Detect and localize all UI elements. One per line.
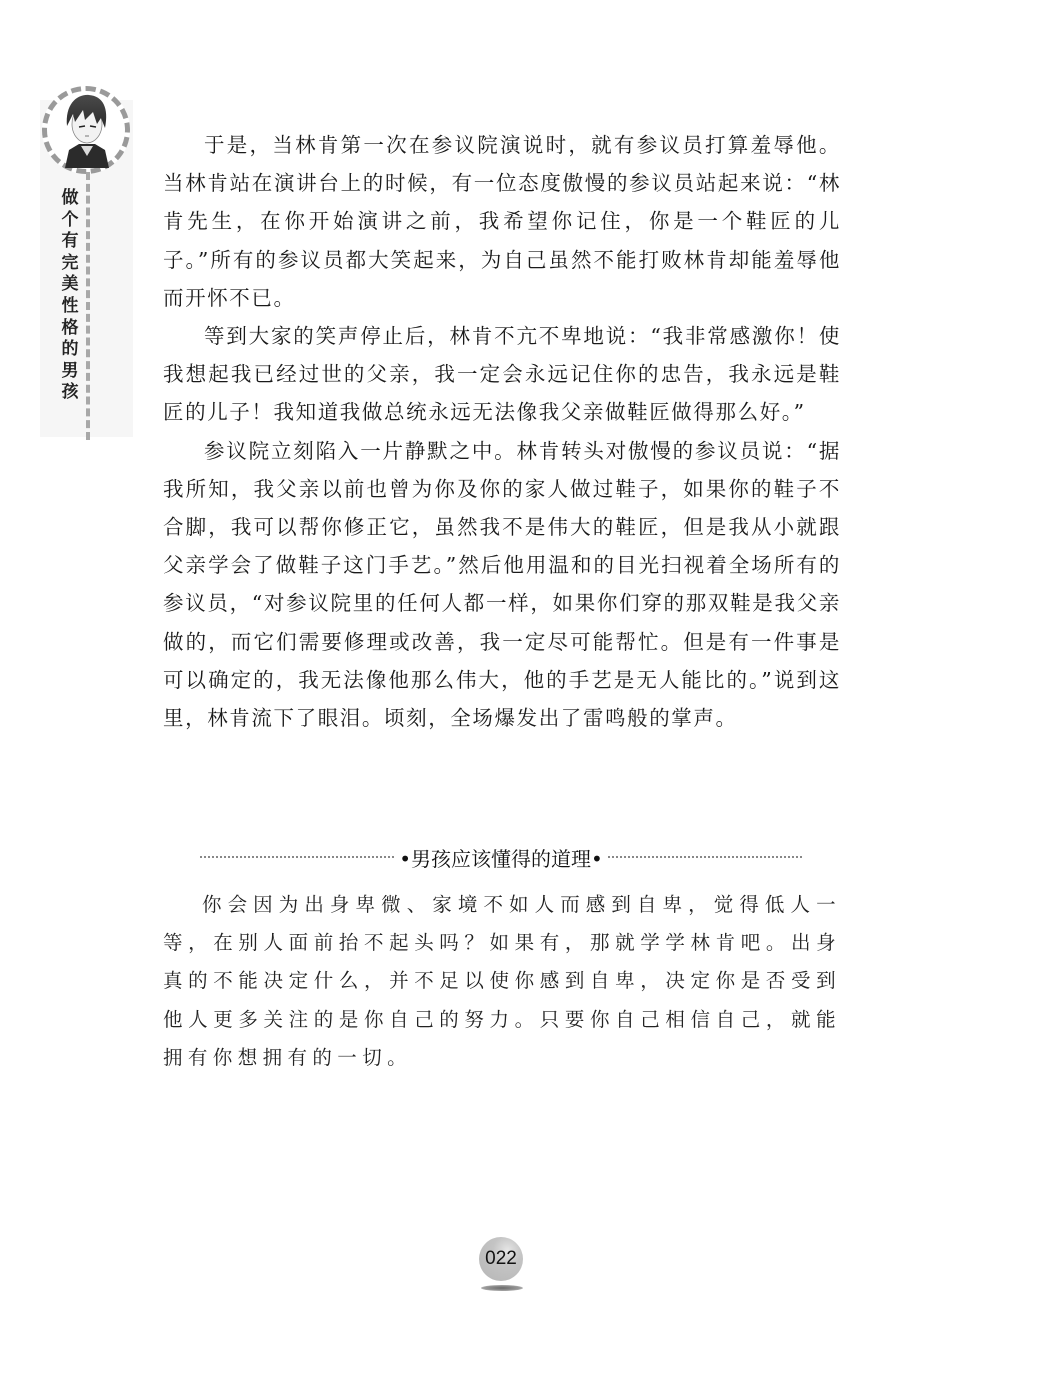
story-paragraph: 于是，当林肯第一次在参议院演说时，就有参议员打算羞辱他。当林肯站在演讲台上的时候…: [163, 126, 841, 317]
book-title-char: 的: [55, 339, 85, 361]
book-title-char: 有: [55, 231, 85, 253]
moral-body: 你会因为出身卑微、家境不如人而感到自卑，觉得低人一等，在别人面前抬不起头吗？如果…: [163, 886, 841, 1077]
book-title-char: 美: [55, 274, 85, 296]
book-title-char: 格: [55, 318, 85, 340]
story-paragraph: 等到大家的笑声停止后，林肯不亢不卑地说：“我非常感激你！使我想起我已经过世的父亲…: [163, 317, 841, 432]
dotted-rule-left: [200, 856, 394, 858]
dotted-rule-right: [608, 856, 802, 858]
page-number-shadow: [481, 1285, 523, 1291]
book-title-char: 性: [55, 296, 85, 318]
book-title-char: 完: [55, 253, 85, 275]
page-number-badge: 022: [479, 1237, 523, 1281]
story-body: 于是，当林肯第一次在参议院演说时，就有参议员打算羞辱他。当林肯站在演讲台上的时候…: [163, 126, 841, 737]
section-heading: •男孩应该懂得的道理•: [394, 843, 608, 872]
story-paragraph: 参议院立刻陷入一片静默之中。林肯转头对傲慢的参议员说：“据我所知，我父亲以前也曾…: [163, 432, 841, 738]
book-title-vertical: 做 个 有 完 美 性 格 的 男 孩: [55, 188, 85, 404]
page-number: 022: [485, 1248, 517, 1270]
sidebar-dashed-line: [86, 172, 90, 440]
book-title-char: 孩: [55, 382, 85, 404]
moral-paragraph: 你会因为出身卑微、家境不如人而感到自卑，觉得低人一等，在别人面前抬不起头吗？如果…: [163, 886, 841, 1077]
section-divider: •男孩应该懂得的道理•: [200, 842, 802, 872]
book-title-char: 做: [55, 188, 85, 210]
book-title-char: 男: [55, 361, 85, 383]
book-title-char: 个: [55, 210, 85, 232]
anime-boy-portrait-icon: [55, 90, 117, 168]
